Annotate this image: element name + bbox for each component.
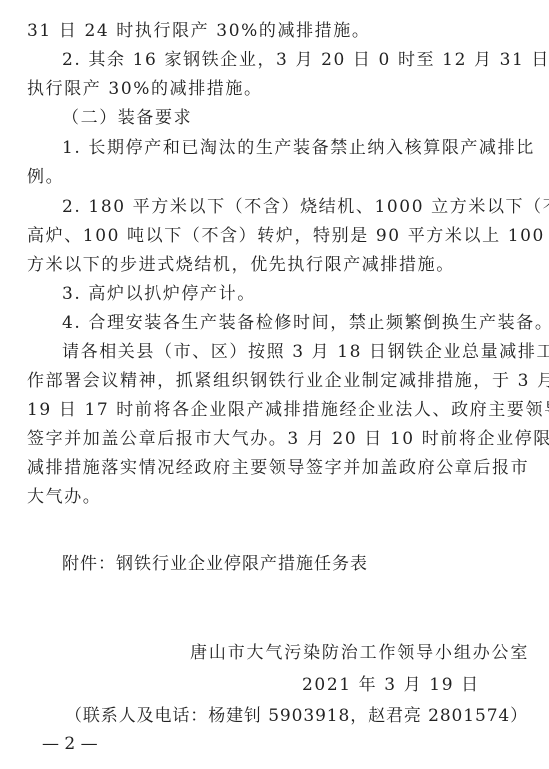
paragraph-line: 高炉、100 吨以下（不含）转炉，特别是 90 平方米以上 100 平	[27, 225, 529, 247]
paragraph-line: 作部署会议精神，抓紧组织钢铁行业企业制定减排措施，于 3 月	[27, 370, 529, 392]
paragraph-line: 3. 高炉以扒炉停产计。	[62, 283, 529, 305]
section-heading: （二）装备要求	[62, 107, 192, 129]
paragraph-line: 大气办。	[27, 486, 529, 508]
paragraph-line: 2. 180 平方米以下（不含）烧结机、1000 立方米以下（不含）	[62, 196, 529, 218]
paragraph-line: 减排措施落实情况经政府主要领导签字并加盖政府公章后报市	[27, 457, 529, 479]
paragraph-line: 请各相关县（市、区）按照 3 月 18 日钢铁企业总量减排工	[62, 341, 529, 363]
contact-info: （联系人及电话：杨建钊 5903918，赵君亮 2801574）	[65, 705, 528, 727]
paragraph-line: 执行限产 30%的减排措施。	[27, 78, 529, 100]
paragraph-line: 1. 长期停产和已淘汰的生产装备禁止纳入核算限产减排比	[62, 137, 529, 159]
issuer-signature: 唐山市大气污染防治工作领导小组办公室	[190, 642, 529, 664]
paragraph-line: 例。	[27, 166, 529, 188]
paragraph-line: 19 日 17 时前将各企业限产减排措施经企业法人、政府主要领导	[27, 399, 529, 421]
paragraph-line: 方米以下的步进式烧结机，优先执行限产减排措施。	[27, 254, 529, 276]
paragraph-line: 4. 合理安装各生产装备检修时间，禁止频繁倒换生产装备。	[62, 312, 529, 334]
page-number: — 2 —	[42, 733, 98, 755]
issue-date: 2021 年 3 月 19 日	[302, 674, 480, 696]
paragraph-line: 签字并加盖公章后报市大气办。3 月 20 日 10 时前将企业停限产	[27, 428, 529, 450]
document-page: 31 日 24 时执行限产 30%的减排措施。 2. 其余 16 家钢铁企业，3…	[0, 0, 549, 769]
paragraph-line: 31 日 24 时执行限产 30%的减排措施。	[27, 20, 529, 42]
paragraph-line: 2. 其余 16 家钢铁企业，3 月 20 日 0 时至 12 月 31 日 2…	[62, 49, 529, 71]
attachment-note: 附件：钢铁行业企业停限产措施任务表	[62, 553, 368, 575]
